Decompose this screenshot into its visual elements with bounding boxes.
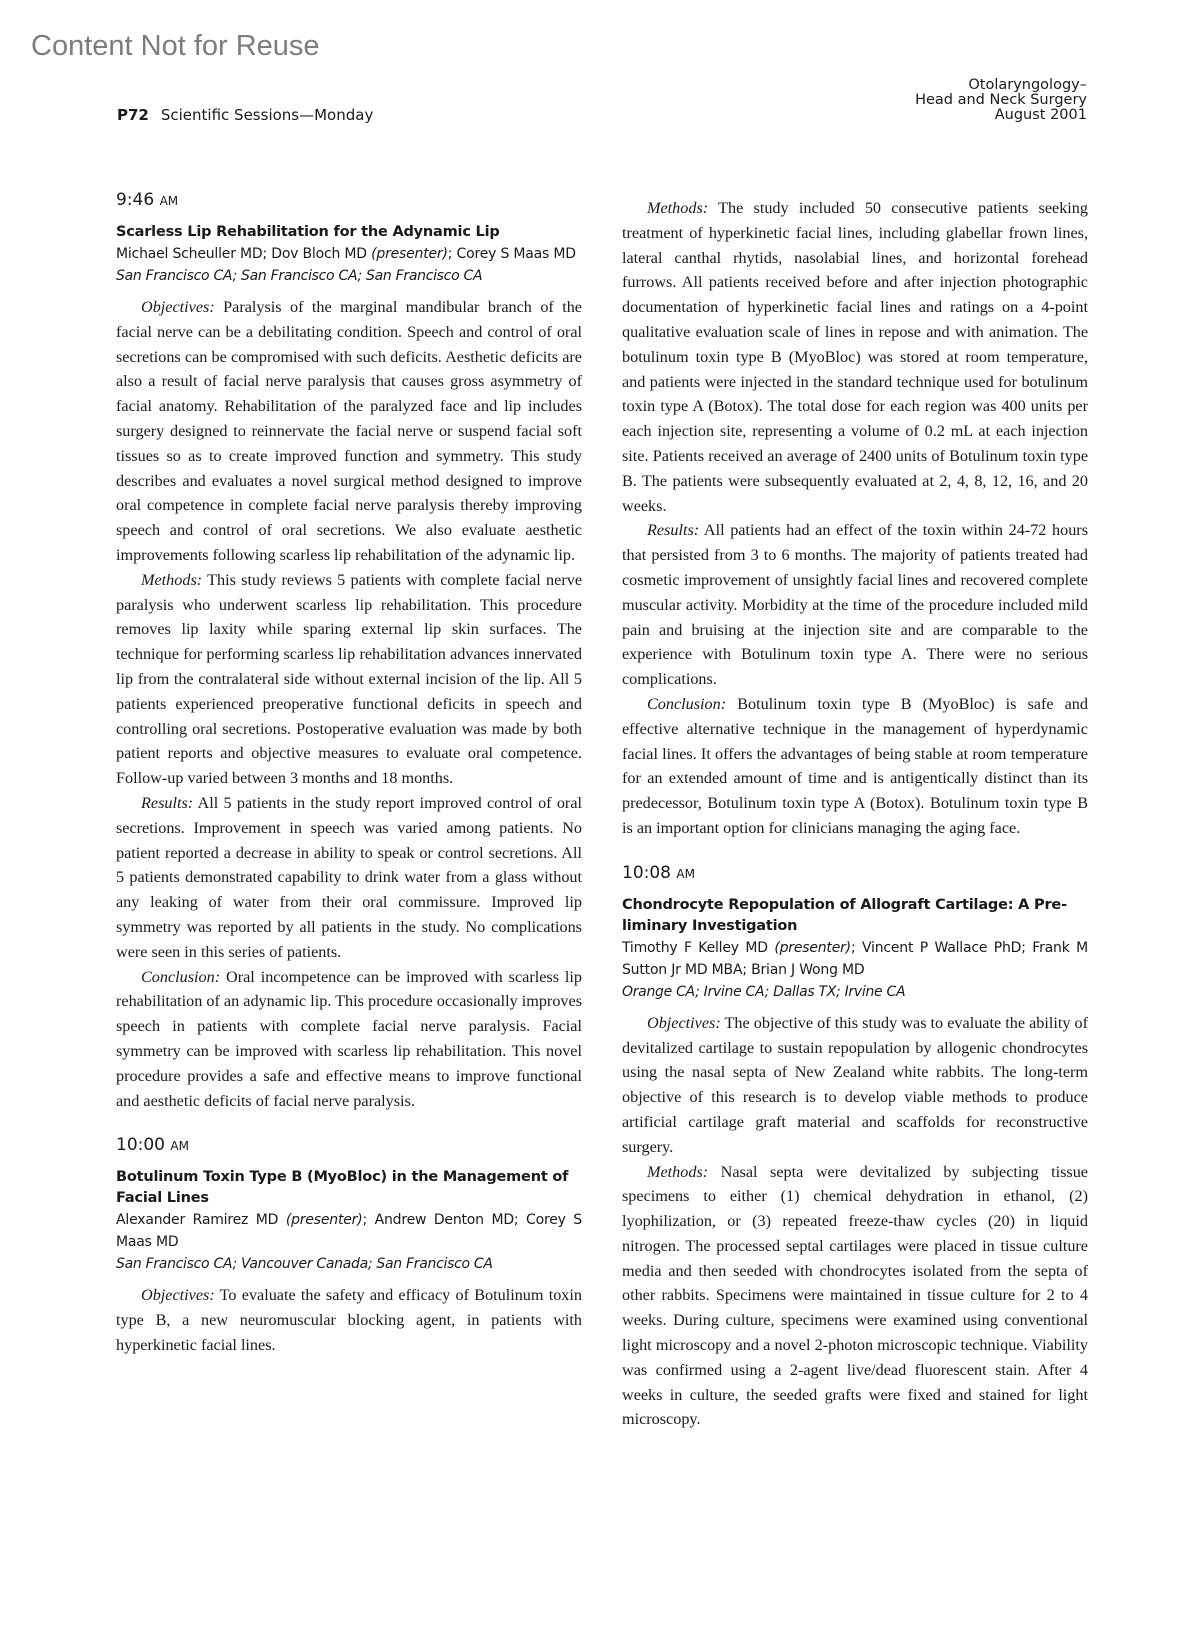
watermark: Content Not for Reuse — [31, 30, 320, 63]
conclusion-paragraph: Conclusion: Botulinum toxin type B (MyoB… — [622, 692, 1088, 841]
journal-info: Otolaryngology– Head and Neck Surgery Au… — [915, 78, 1087, 123]
abstract-title: Botulinum Toxin Type B (MyoBloc) in the … — [116, 1167, 582, 1209]
session-time: 9:46 AM — [116, 190, 582, 210]
abstract-botulinum-toxin: 10:00 AM Botulinum Toxin Type B (MyoBloc… — [116, 1135, 582, 1357]
left-column: 9:46 AM Scarless Lip Rehabilitation for … — [116, 190, 582, 1358]
journal-name-line1: Otolaryngology– — [915, 78, 1087, 93]
objectives-paragraph: Objectives: The objective of this study … — [622, 1011, 1088, 1160]
running-head: P72Scientific Sessions—Monday — [117, 106, 373, 124]
methods-paragraph: Methods: Nasal septa were devitalized by… — [622, 1160, 1088, 1433]
abstract-chondrocyte-repopulation: 10:08 AM Chondrocyte Repopulation of All… — [622, 863, 1088, 1433]
affiliations: Orange CA; Irvine CA; Dallas TX; Irvine … — [622, 981, 1088, 1003]
section-title: Scientific Sessions—Monday — [161, 106, 373, 124]
session-time: 10:00 AM — [116, 1135, 582, 1155]
session-time: 10:08 AM — [622, 863, 1088, 883]
author-list: Timothy F Kelley MD (presenter); Vincent… — [622, 937, 1088, 981]
journal-name-line2: Head and Neck Surgery — [915, 93, 1087, 108]
results-paragraph: Results: All 5 patients in the study rep… — [116, 791, 582, 965]
methods-paragraph: Methods: The study included 50 consecuti… — [622, 196, 1088, 518]
author-list: Alexander Ramirez MD (presenter); Andrew… — [116, 1209, 582, 1253]
objectives-paragraph: Objectives: Paralysis of the marginal ma… — [116, 295, 582, 568]
right-column: Methods: The study included 50 consecuti… — [622, 196, 1088, 1432]
affiliations: San Francisco CA; Vancouver Canada; San … — [116, 1253, 582, 1275]
author-list: Michael Scheuller MD; Dov Bloch MD (pres… — [116, 243, 582, 265]
abstract-title: Scarless Lip Rehabilitation for the Adyn… — [116, 222, 582, 243]
abstract-title: Chondrocyte Repopulation of Allograft Ca… — [622, 895, 1088, 937]
affiliations: San Francisco CA; San Francisco CA; San … — [116, 265, 582, 287]
page-number: P72 — [117, 106, 149, 124]
results-paragraph: Results: All patients had an effect of t… — [622, 518, 1088, 692]
abstract-botulinum-toxin-continued: Methods: The study included 50 consecuti… — [622, 196, 1088, 841]
objectives-paragraph: Objectives: To evaluate the safety and e… — [116, 1283, 582, 1357]
methods-paragraph: Methods: This study reviews 5 patients w… — [116, 568, 582, 791]
abstract-scarless-lip: 9:46 AM Scarless Lip Rehabilitation for … — [116, 190, 582, 1113]
conclusion-paragraph: Conclusion: Oral incompetence can be imp… — [116, 965, 582, 1114]
journal-date: August 2001 — [915, 108, 1087, 123]
